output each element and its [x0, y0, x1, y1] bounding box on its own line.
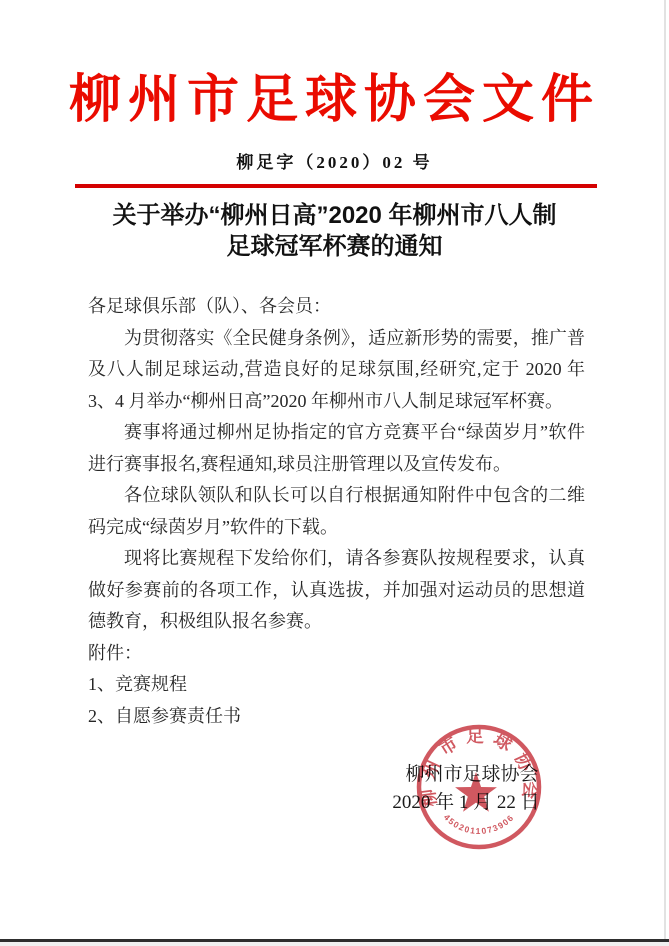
body-paragraph-3: 各位球队领队和队长可以自行根据通知附件中包含的二维码完成“绿茵岁月”软件的下载。	[88, 480, 585, 543]
notice-title-line1: 关于举办“柳州日高”2020 年柳州市八人制	[0, 201, 669, 232]
notice-title-line2: 足球冠军杯赛的通知	[0, 232, 669, 263]
letterhead-title: 柳州市足球协会文件	[0, 70, 669, 132]
page-bottom-margin	[0, 942, 669, 946]
salutation: 各足球俱乐部（队）、各会员：	[88, 291, 585, 323]
official-seal: 柳州市足球协会 4502011073906	[409, 717, 549, 857]
body-paragraph-4: 现将比赛规程下发给你们，请各参赛队按规程要求，认真做好参赛前的各项工作，认真选拔…	[88, 543, 585, 638]
notice-title: 关于举办“柳州日高”2020 年柳州市八人制 足球冠军杯赛的通知	[0, 201, 669, 262]
page-right-edge	[664, 0, 666, 946]
document-number: 柳足字（2020）02 号	[0, 150, 669, 176]
document-body: 各足球俱乐部（队）、各会员： 为贯彻落实《全民健身条例》，适应新形势的需要，推广…	[88, 291, 585, 732]
body-paragraph-1: 为贯彻落实《全民健身条例》，适应新形势的需要，推广普及八人制足球运动,营造良好的…	[88, 323, 585, 418]
seal-serial-number: 4502011073906	[442, 812, 516, 836]
body-paragraph-2: 赛事将通过柳州足协指定的官方竞赛平台“绿茵岁月”软件进行赛事报名,赛程通知,球员…	[88, 417, 585, 480]
document-page: 柳州市足球协会文件 柳足字（2020）02 号 关于举办“柳州日高”2020 年…	[0, 0, 669, 946]
red-divider-rule	[75, 184, 597, 188]
attachment-item-1: 1、竞赛规程	[88, 669, 585, 701]
attachments-label: 附件：	[88, 638, 585, 670]
seal-star-icon	[455, 772, 497, 812]
